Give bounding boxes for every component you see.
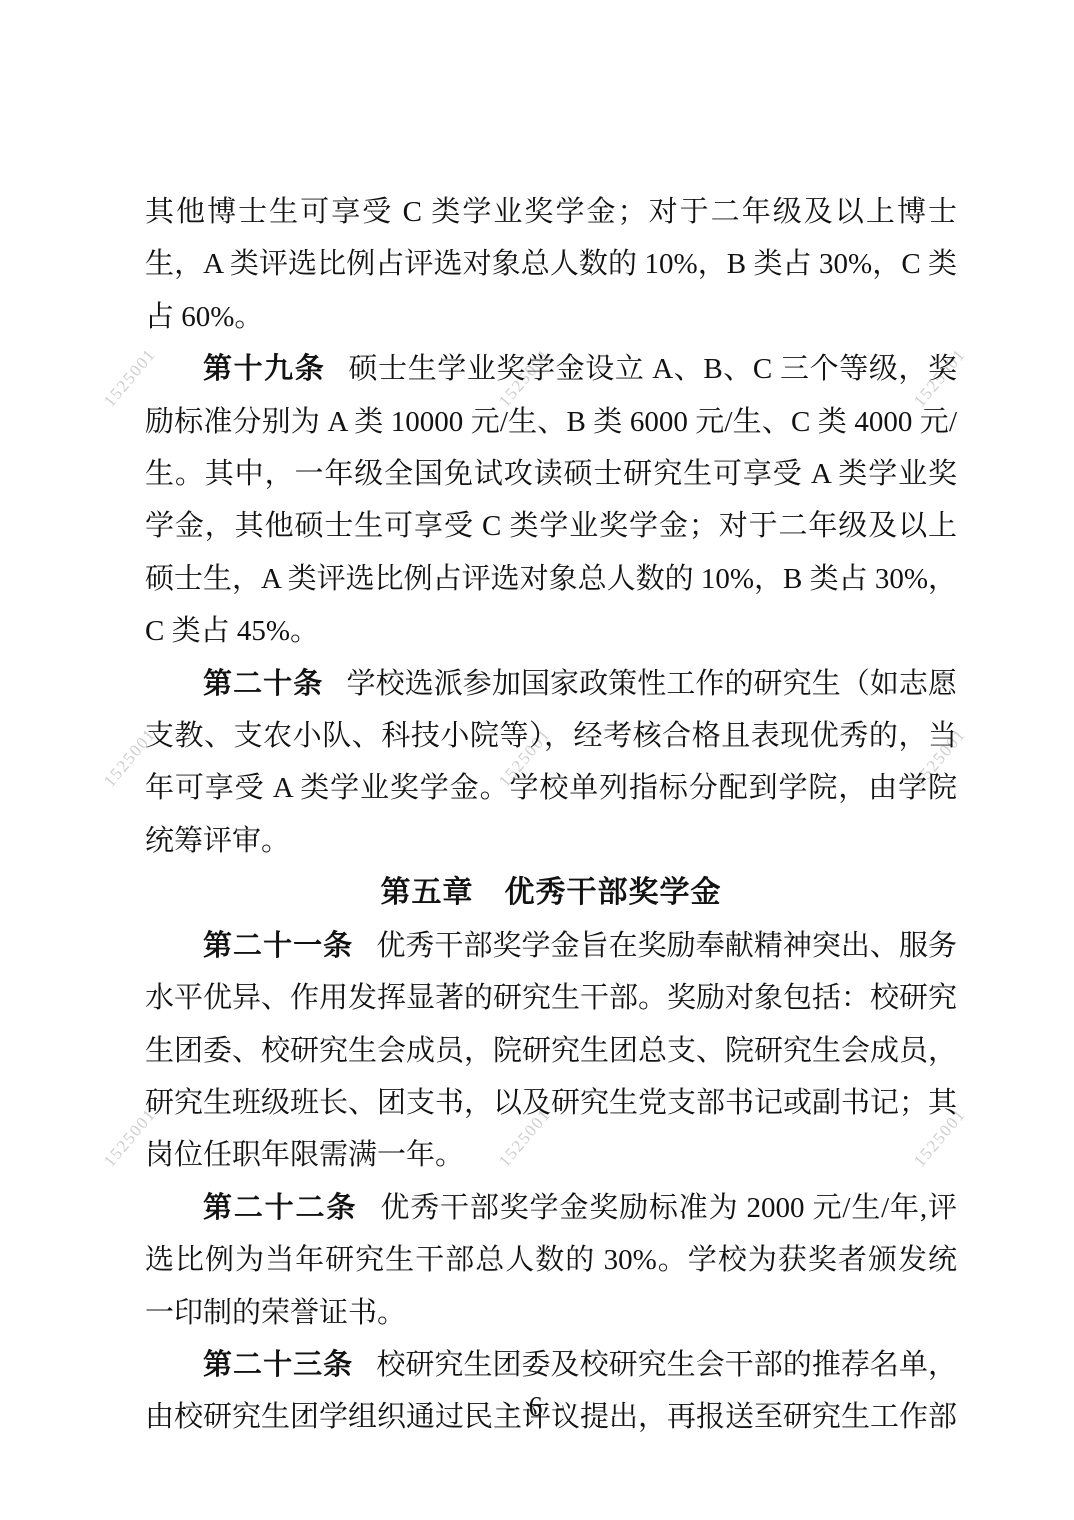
page-number: - 6 -: [0, 1392, 1074, 1424]
article-21-text: 优秀干部奖学金旨在奖励奉献精神突出、服务水平优异、作用发挥显著的研究生干部。奖励…: [145, 930, 957, 1172]
article-21-number: 第二十一条: [203, 930, 353, 962]
chapter-heading: 第五章 优秀干部奖学金: [145, 867, 957, 919]
paragraph-article-21: 第二十一条优秀干部奖学金旨在奖励奉献精神突出、服务水平优异、作用发挥显著的研究生…: [145, 920, 957, 1182]
paragraph-article-19: 第十九条硕士生学业奖学金设立 A、B、C 三个等级，奖励标准分别为 A 类 10…: [145, 343, 957, 657]
document-body: 其他博士生可享受 C 类学业奖学金；对于二年级及以上博士生，A 类评选比例占评选…: [145, 186, 957, 1444]
article-23-number: 第二十三条: [203, 1349, 353, 1381]
article-20-number: 第二十条: [203, 668, 323, 700]
paragraph-article-20: 第二十条学校选派参加国家政策性工作的研究生（如志愿支教、支农小队、科技小院等），…: [145, 658, 957, 868]
article-19-text: 硕士生学业奖学金设立 A、B、C 三个等级，奖励标准分别为 A 类 10000 …: [145, 353, 957, 647]
paragraph-continuation: 其他博士生可享受 C 类学业奖学金；对于二年级及以上博士生，A 类评选比例占评选…: [145, 186, 957, 343]
document-page: 1525001 1525001 1525001 1525001 1525001 …: [0, 0, 1074, 1520]
paragraph-continuation-text: 其他博士生可享受 C 类学业奖学金；对于二年级及以上博士生，A 类评选比例占评选…: [145, 196, 957, 333]
article-22-number: 第二十二条: [203, 1192, 357, 1224]
article-19-number: 第十九条: [203, 353, 325, 385]
paragraph-article-22: 第二十二条优秀干部奖学金奖励标准为 2000 元/生/年,评选比例为当年研究生干…: [145, 1182, 957, 1339]
